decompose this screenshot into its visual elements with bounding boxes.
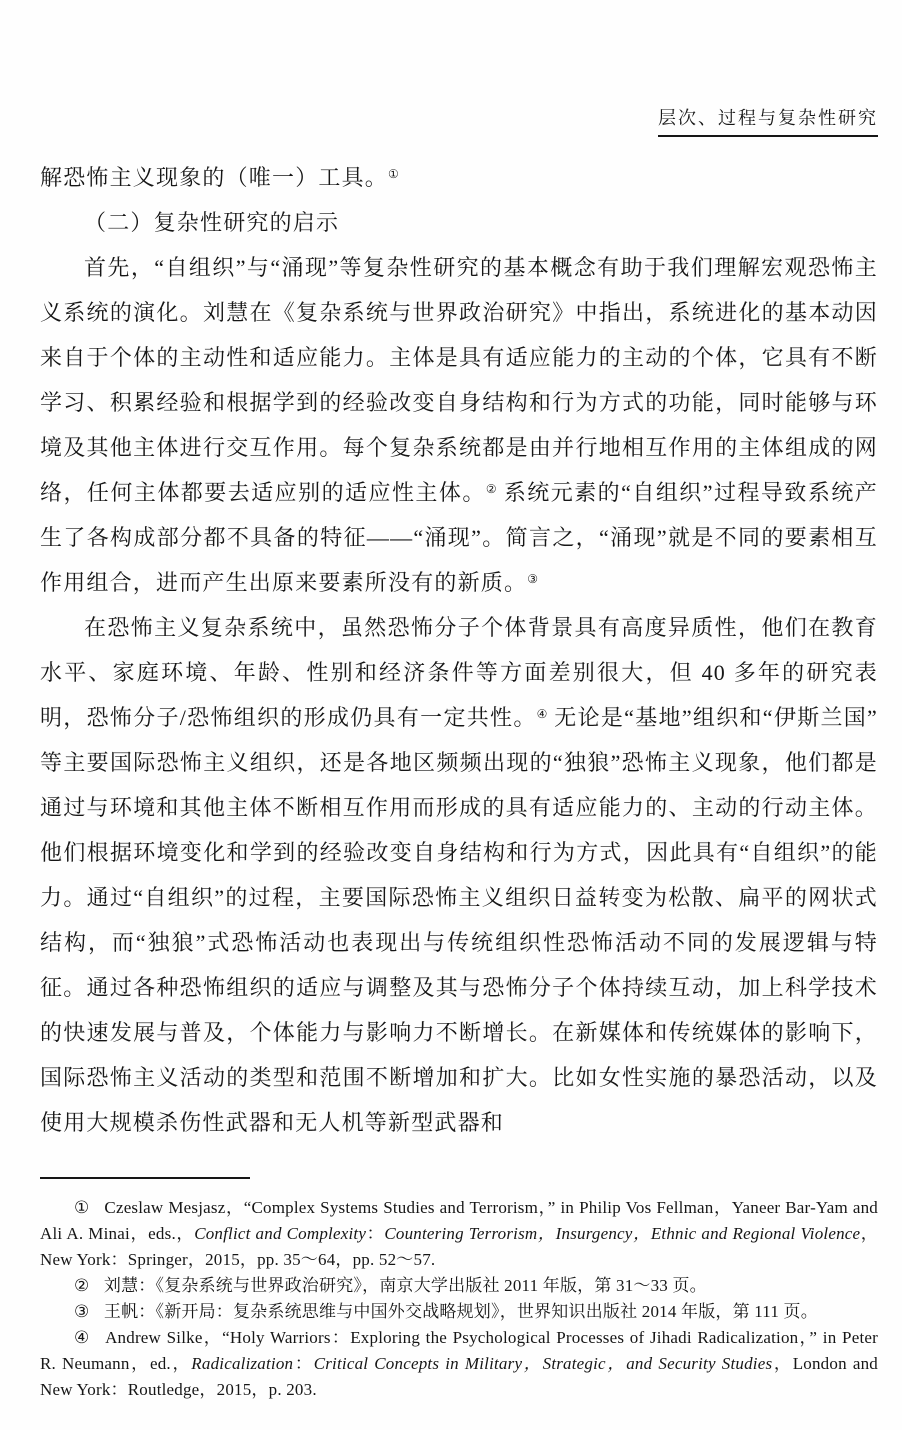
running-head: 层次、过程与复杂性研究 (658, 104, 878, 137)
footnote: ①Czeslaw Mesjasz，“Complex Systems Studie… (40, 1195, 878, 1273)
text-run: 王帆：《新开局：复杂系统思维与中国外交战略规划》，世界知识出版社 2014 年版… (104, 1302, 818, 1321)
footnote-marker: ② (74, 1276, 89, 1295)
paragraph: 在恐怖主义复杂系统中，虽然恐怖分子个体背景具有高度异质性，他们在教育水平、家庭环… (40, 605, 878, 1145)
footnote-ref: ② (486, 482, 497, 496)
text-run: ： (293, 1354, 313, 1373)
footnote-ref: ① (388, 167, 399, 181)
text-run: 无论是“基地”组织和“伊斯兰国”等主要国际恐怖主义组织，还是各地区频频出现的“独… (40, 705, 878, 1135)
footnote: ④Andrew Silke，“Holy Warriors：Exploring t… (40, 1325, 878, 1403)
footnote: ③王帆：《新开局：复杂系统思维与中国外交战略规划》，世界知识出版社 2014 年… (40, 1299, 878, 1325)
footnote-marker: ① (74, 1198, 90, 1217)
footnote-ref: ③ (527, 572, 538, 586)
paragraph: 首先，“自组织”与“涌现”等复杂性研究的基本概念有助于我们理解宏观恐怖主义系统的… (40, 245, 878, 605)
book-title-italic: Countering Terrorism，Insurgency，Ethnic a… (384, 1224, 860, 1243)
running-head-row: 层次、过程与复杂性研究 (40, 104, 878, 137)
text-run: （二）复杂性研究的启示 (84, 210, 339, 235)
footnote-ref: ④ (537, 707, 548, 721)
text-run: 刘慧：《复杂系统与世界政治研究》，南京大学出版社 2011 年版，第 31～33… (104, 1276, 707, 1295)
text-run: 解恐怖主义现象的（唯一）工具。 (40, 165, 388, 190)
subsection-heading: （二）复杂性研究的启示 (40, 200, 878, 245)
footnote-marker: ③ (74, 1302, 89, 1321)
text-run: 首先，“自组织”与“涌现”等复杂性研究的基本概念有助于我们理解宏观恐怖主义系统的… (40, 255, 878, 505)
footnote: ②刘慧：《复杂系统与世界政治研究》，南京大学出版社 2011 年版，第 31～3… (40, 1273, 878, 1299)
book-title-italic: Critical Concepts in Military，Strategic，… (314, 1354, 773, 1373)
footnote-marker: ④ (74, 1328, 91, 1347)
book-page: 层次、过程与复杂性研究 解恐怖主义现象的（唯一）工具。①（二）复杂性研究的启示首… (0, 0, 902, 1430)
body-text: 解恐怖主义现象的（唯一）工具。①（二）复杂性研究的启示首先，“自组织”与“涌现”… (40, 155, 878, 1145)
text-run: ： (366, 1224, 384, 1243)
footnote-separator (40, 1177, 250, 1179)
book-title-italic: Conflict and Complexity (194, 1224, 366, 1243)
book-title-italic: Radicalization (191, 1354, 293, 1373)
footnotes: ①Czeslaw Mesjasz，“Complex Systems Studie… (40, 1195, 878, 1403)
paragraph-continuation: 解恐怖主义现象的（唯一）工具。① (40, 155, 878, 200)
